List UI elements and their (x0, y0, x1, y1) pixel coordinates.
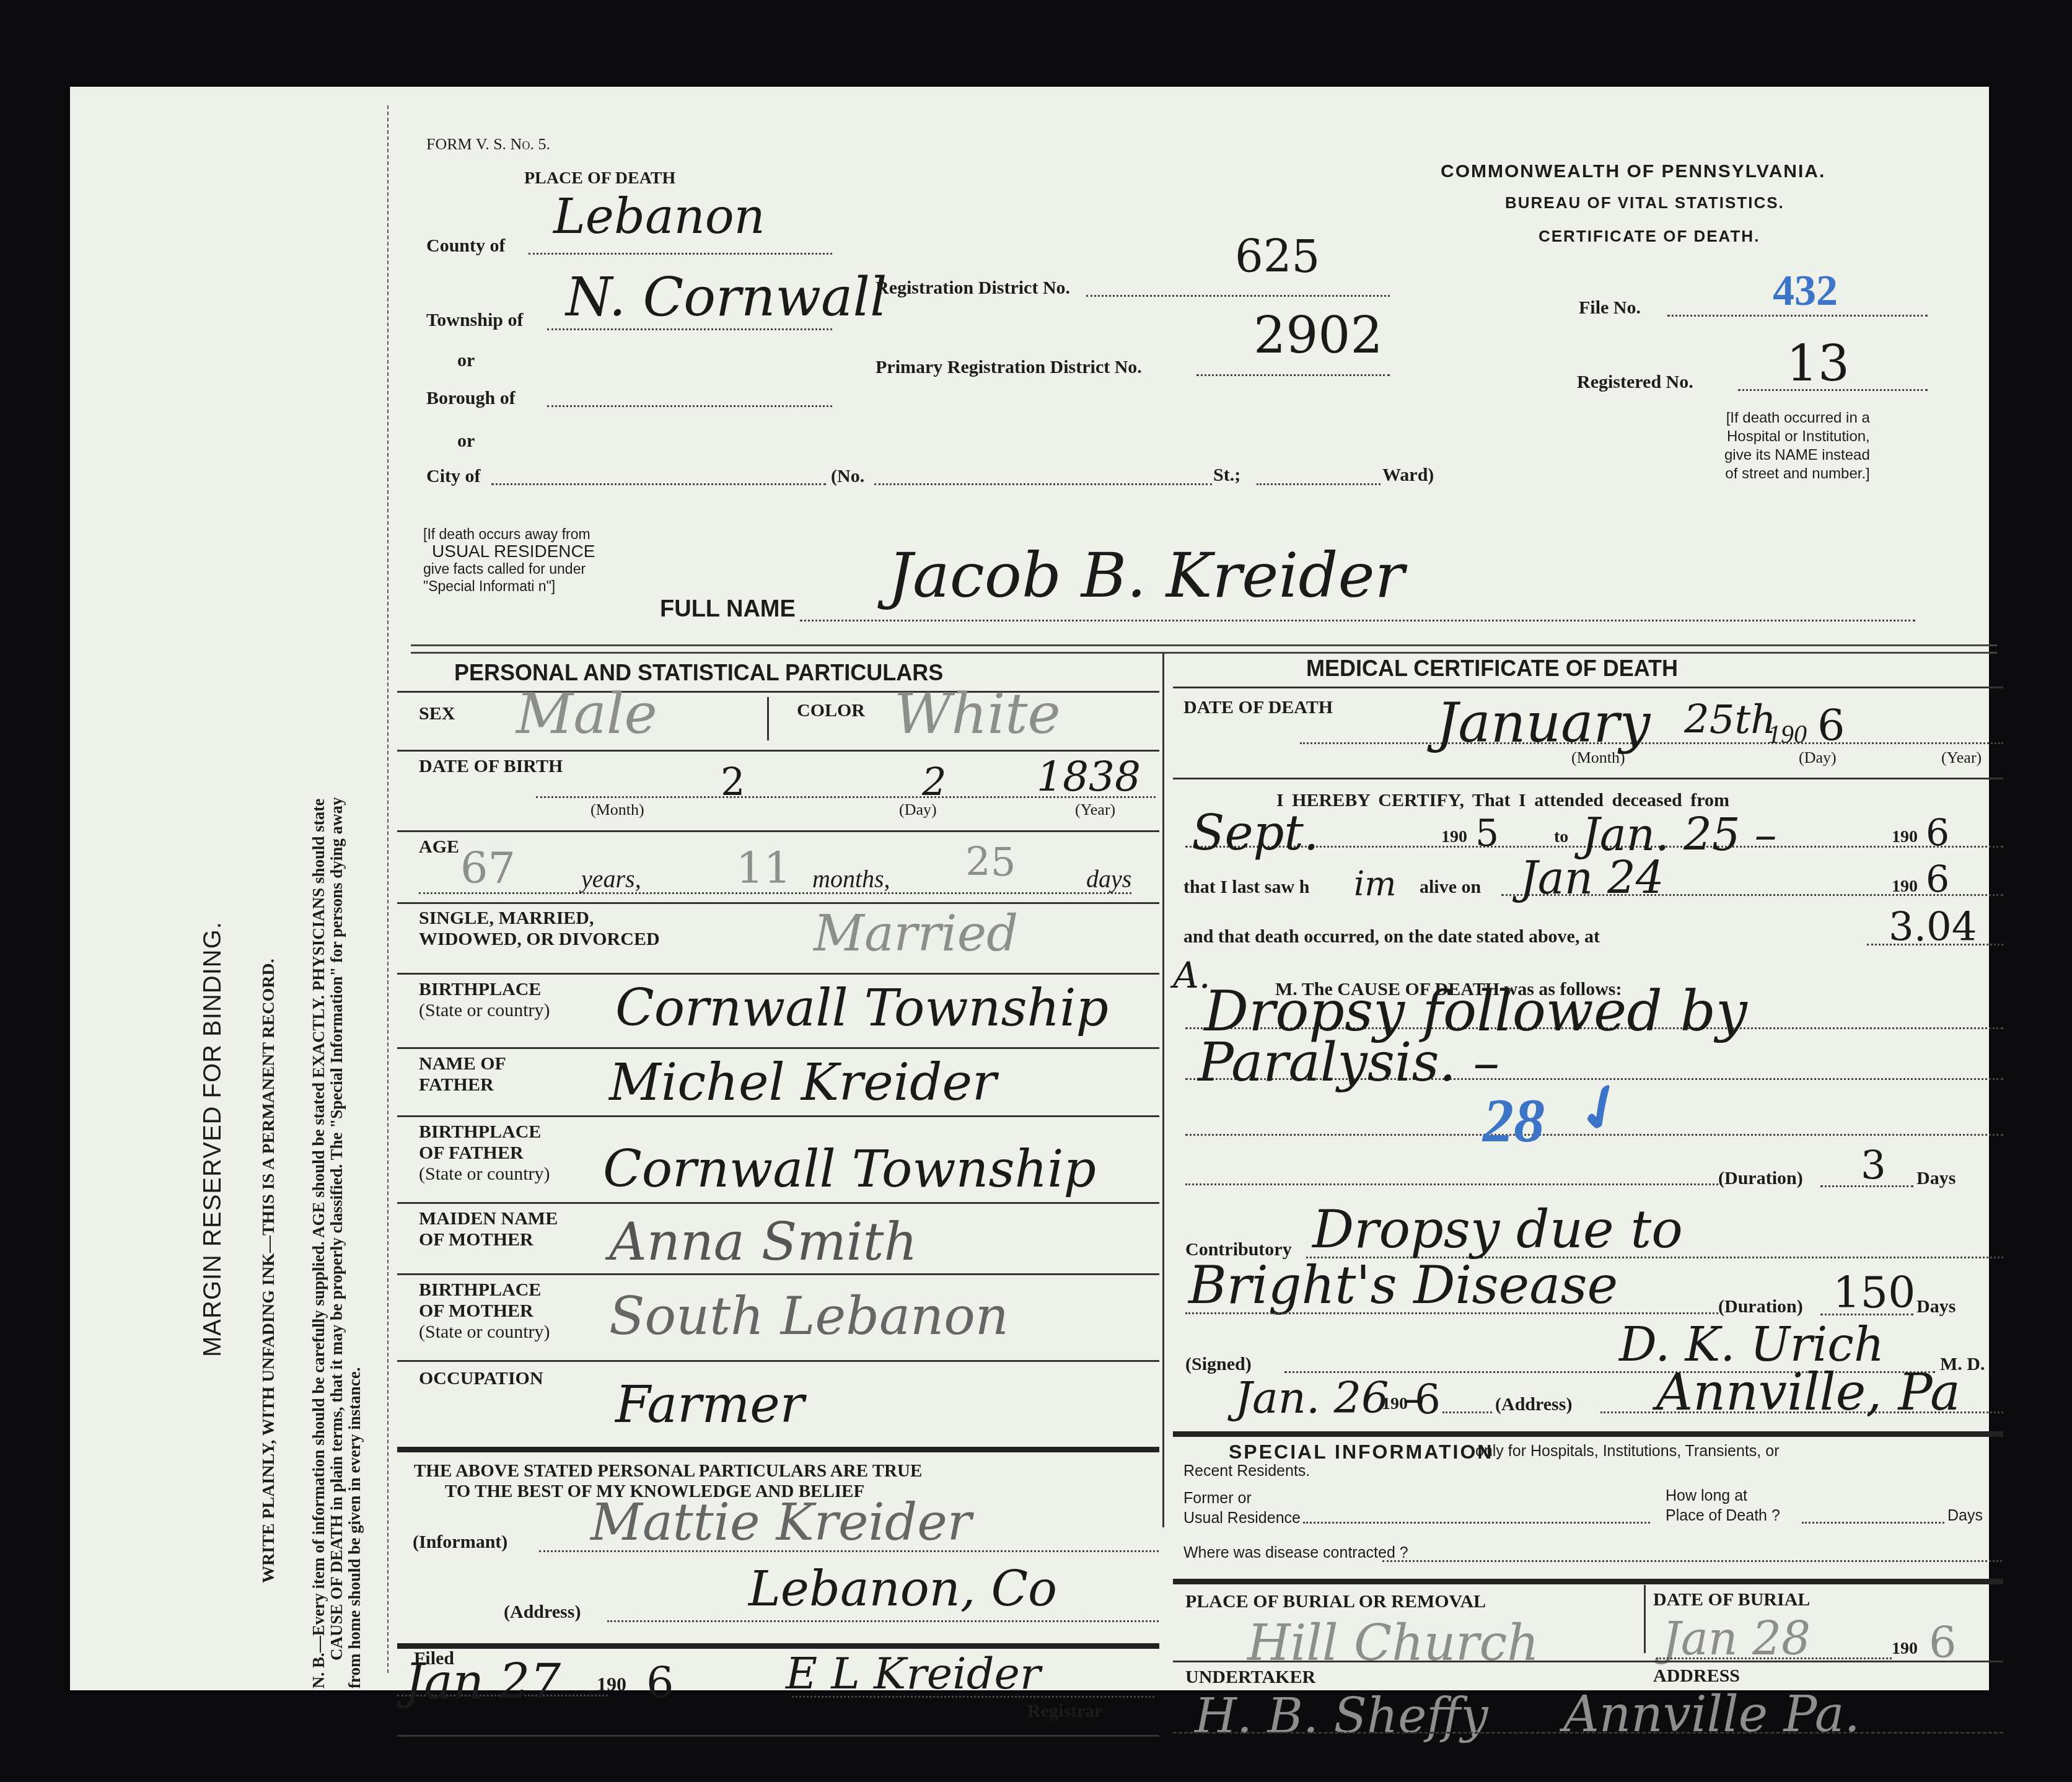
signed-label: (Signed) (1185, 1354, 1252, 1375)
alive-on-label: alive on (1420, 877, 1481, 898)
father-birthplace-label: BIRTHPLACE OF FATHER (State or country) (419, 1121, 550, 1185)
bottom-rule (397, 1735, 1159, 1737)
primary-registration-field[interactable]: 2902 (1253, 307, 1383, 366)
signed-year-field[interactable]: 6 (1415, 1376, 1441, 1423)
father-name-field[interactable]: Michel Kreider (609, 1053, 996, 1112)
duration-line (1185, 1183, 1718, 1185)
contributory-days-label: Days (1916, 1296, 1956, 1317)
father-name-label: NAME OF FATHER (419, 1053, 506, 1095)
color-label: COLOR (797, 700, 865, 721)
bureau-heading: BUREAU OF VITAL STATISTICS. (1505, 193, 1784, 213)
from-year-field[interactable]: 5 (1475, 812, 1499, 855)
physician-address-field[interactable]: Annville, Pa (1656, 1363, 1960, 1422)
duration-label: (Duration) (1718, 1168, 1803, 1189)
township-line (547, 328, 832, 330)
marital-label: SINGLE, MARRIED, WIDOWED, OR DIVORCED (419, 908, 660, 950)
informant-field[interactable]: Mattie Kreider (590, 1493, 972, 1552)
undertaker-address-field[interactable]: Annville Pa. (1563, 1685, 1860, 1743)
city-label: City of (426, 466, 480, 487)
commonwealth-heading: COMMONWEALTH OF PENNSYLVANIA. (1441, 161, 1825, 182)
dod-year-field[interactable]: 6 (1817, 700, 1845, 751)
place-of-death-heading: PLACE OF DEATH (524, 169, 675, 188)
birthplace-field[interactable]: Cornwall Township (615, 979, 1108, 1038)
physician-address-label: (Address) (1495, 1394, 1572, 1415)
dob-year-caption: (Year) (1075, 801, 1115, 819)
contributory-field-line2[interactable]: Bright's Disease (1188, 1255, 1618, 1315)
row-divider (1173, 1661, 2003, 1662)
father-birthplace-field[interactable]: Cornwall Township (603, 1140, 1096, 1199)
sex-label: SEX (419, 703, 455, 724)
burial-column-divider (1644, 1585, 1646, 1653)
column-divider (1162, 654, 1164, 1527)
former-residence-label: Former or Usual Residence (1183, 1488, 1301, 1528)
special-info-subtitle-2: Recent Residents. (1183, 1462, 1310, 1480)
row-divider (397, 1047, 1159, 1049)
burial-place-label: PLACE OF BURIAL OR REMOVAL (1185, 1591, 1486, 1612)
contributory-field-line1[interactable]: Dropsy due to (1312, 1199, 1683, 1260)
county-field[interactable]: Lebanon (553, 189, 765, 245)
form-number: FORM V. S. No. 5. (426, 135, 550, 154)
usual-residence-note: [If death occurs away from USUAL RESIDEN… (423, 525, 595, 595)
row-divider (397, 1273, 1159, 1275)
row-divider (397, 830, 1159, 832)
township-label: Township of (426, 310, 523, 331)
informant-label: (Informant) (413, 1532, 507, 1553)
row-divider (397, 973, 1159, 975)
dob-label: DATE OF BIRTH (419, 756, 563, 777)
mother-birthplace-label: BIRTHPLACE OF MOTHER (State or country) (419, 1279, 550, 1343)
borough-label: Borough of (426, 388, 516, 409)
margin-nb-line2: CAUSE OF DEATH in plain terms, that it m… (327, 797, 346, 1661)
last-saw-label: that I last saw h (1183, 877, 1309, 898)
years-word: years, (581, 864, 641, 893)
burial-date-line (1656, 1657, 1892, 1659)
mother-birthplace-field[interactable]: South Lebanon (609, 1286, 1009, 1346)
attestation-divider (397, 1447, 1159, 1452)
street-field[interactable] (874, 483, 1212, 485)
informant-address-label: (Address) (504, 1602, 581, 1623)
dob-day-caption: (Day) (899, 801, 937, 819)
registration-district-line (1086, 295, 1390, 297)
special-info-title: SPECIAL INFORMATION (1229, 1441, 1493, 1464)
disease-contracted-field[interactable] (1382, 1560, 2002, 1562)
certificate-heading: CERTIFICATE OF DEATH. (1539, 227, 1760, 246)
primary-registration-line (1196, 374, 1390, 376)
duration-days-label: Days (1916, 1168, 1956, 1189)
or-label-2: or (457, 431, 475, 452)
full-name-label: FULL NAME (660, 596, 796, 623)
file-no-stamp[interactable]: 432 (1773, 266, 1838, 316)
last-saw-date-field[interactable]: Jan 24 (1520, 852, 1664, 904)
registrar-label: Registrar (1027, 1701, 1103, 1722)
filed-date-field[interactable]: Jan 27 (405, 1654, 561, 1710)
dod-line (1300, 742, 2003, 744)
filed-year-prefix: 190 (597, 1673, 626, 1696)
row-divider (397, 1360, 1159, 1362)
signed-year-line (1442, 1411, 1492, 1413)
mother-name-label: MAIDEN NAME OF MOTHER (419, 1208, 558, 1250)
undertaker-field[interactable]: H. B. Sheffy (1195, 1688, 1488, 1744)
last-saw-year-prefix: 190 (1892, 877, 1918, 897)
how-long-days-label: Days (1947, 1507, 1983, 1525)
sex-field[interactable]: Male (516, 682, 657, 747)
medical-section-title: MEDICAL CERTIFICATE OF DEATH (1306, 656, 1678, 682)
occupation-label: OCCUPATION (419, 1368, 543, 1389)
row-divider (1173, 778, 2003, 779)
row-divider (397, 902, 1159, 904)
cause-field-line2[interactable]: Paralysis. – (1198, 1032, 1499, 1094)
last-saw-year-field[interactable]: 6 (1926, 858, 1949, 902)
burial-year-prefix: 190 (1892, 1639, 1918, 1659)
burial-date-label: DATE OF BURIAL (1653, 1589, 1810, 1610)
bottom-rule-right (1173, 1732, 2003, 1734)
filed-divider (397, 1643, 1159, 1649)
margin-binding-note: MARGIN RESERVED FOR BINDING. (199, 921, 227, 1357)
township-field[interactable]: N. Cornwall (566, 266, 887, 328)
special-info-subtitle: only for Hospitals, Institutions, Transi… (1475, 1442, 1780, 1460)
informant-address-line (607, 1620, 1159, 1622)
full-name-line (800, 620, 1915, 621)
how-long-field[interactable] (1802, 1522, 1944, 1524)
street-number-label: (No. (831, 466, 864, 487)
row-divider (397, 1202, 1159, 1204)
row-divider (397, 750, 1159, 752)
registration-district-field[interactable]: 625 (1235, 230, 1320, 283)
age-label: AGE (419, 836, 459, 858)
dob-year-field[interactable]: 1838 (1037, 753, 1141, 801)
from-year-prefix: 190 (1441, 827, 1467, 847)
section-divider-top-2 (411, 652, 1997, 654)
former-residence-field[interactable] (1303, 1522, 1650, 1524)
how-long-label: How long at Place of Death ? (1666, 1486, 1780, 1525)
dod-month-field[interactable]: January (1436, 691, 1650, 755)
dob-month-field[interactable]: 2 (721, 759, 745, 804)
dob-month-caption: (Month) (590, 801, 644, 819)
city-field[interactable] (491, 483, 826, 485)
age-days-field[interactable]: 25 (965, 840, 1016, 885)
undertaker-address-label: ADDRESS (1653, 1666, 1740, 1687)
hospital-note: [If death occurred in a Hospital or Inst… (1724, 409, 1870, 483)
borough-field[interactable] (547, 405, 832, 407)
contributory-line-2 (1185, 1312, 1718, 1314)
certify-text: I HEREBY CERTIFY, That I attended deceas… (1276, 790, 1729, 811)
margin-nb-line1: N. B.—Every item of information should b… (309, 799, 328, 1688)
blue-check-mark-icon: ✓ (1563, 1064, 1640, 1152)
dod-label: DATE OF DEATH (1183, 697, 1333, 718)
signed-year-prefix: 190 (1382, 1394, 1408, 1414)
contributory-duration-field[interactable]: 150 (1833, 1267, 1916, 1318)
primary-registration-label: Primary Registration District No. (876, 357, 1142, 378)
ward-label: Ward) (1382, 465, 1434, 486)
attended-from-field[interactable]: Sept. (1192, 805, 1319, 861)
dod-day-field[interactable]: 25th (1684, 697, 1776, 743)
sex-color-divider (767, 697, 769, 740)
file-no-label: File No. (1579, 297, 1641, 318)
full-name-field[interactable]: Jacob B. Kreider (888, 539, 1404, 612)
burial-divider (1173, 1579, 2003, 1584)
death-time-field[interactable]: 3.04 (1889, 905, 1977, 950)
mother-name-field[interactable]: Anna Smith (609, 1211, 918, 1272)
burial-place-field[interactable]: Hill Church (1247, 1614, 1539, 1672)
to-year-prefix: 190 (1892, 827, 1918, 847)
disease-contracted-label: Where was disease contracted ? (1183, 1544, 1408, 1562)
death-time-label: and that death occurred, on the date sta… (1183, 926, 1600, 947)
dod-day-caption: (Day) (1799, 748, 1837, 767)
occupation-field[interactable]: Farmer (615, 1376, 804, 1434)
undertaker-label: UNDERTAKER (1185, 1667, 1315, 1688)
days-word: days (1086, 864, 1131, 893)
row-divider (397, 1115, 1159, 1117)
margin-write-plainly: WRITE PLAINLY, WITH UNFADING INK—THIS IS… (259, 959, 279, 1583)
registration-district-label: Registration District No. (876, 278, 1070, 299)
section-divider-top (411, 644, 1997, 646)
contributory-duration-label: (Duration) (1718, 1296, 1803, 1317)
or-label-1: or (457, 350, 475, 371)
dob-day-field[interactable]: 2 (922, 759, 946, 804)
informant-address-field[interactable]: Lebanon, Co (748, 1561, 1057, 1617)
age-years-field[interactable]: 67 (460, 843, 516, 893)
color-field[interactable]: White (894, 682, 1061, 747)
blue-classification-code: 28 (1483, 1084, 1545, 1156)
margin-nb-line3: from home should be given in every insta… (345, 1367, 364, 1689)
dod-year-caption: (Year) (1941, 748, 1982, 767)
filed-year-field[interactable]: 6 (646, 1657, 674, 1708)
last-saw-pronoun-field[interactable]: im (1354, 864, 1396, 903)
county-label: County of (426, 235, 506, 257)
marital-status-field[interactable]: Married (814, 905, 1018, 962)
duration-field[interactable]: 3 (1861, 1143, 1886, 1189)
dod-month-caption: (Month) (1571, 748, 1625, 767)
registered-no-label: Registered No. (1577, 372, 1693, 393)
death-certificate: MARGIN RESERVED FOR BINDING. WRITE PLAIN… (70, 87, 1989, 1690)
registrar-line (792, 1696, 1154, 1698)
county-line (529, 253, 832, 255)
to-year-field[interactable]: 6 (1926, 812, 1949, 855)
registrar-signature[interactable]: E L Kreider (786, 1648, 1040, 1699)
age-months-field[interactable]: 11 (736, 843, 791, 893)
to-word: to (1554, 827, 1568, 847)
row-divider (1173, 687, 2003, 688)
dod-year-prefix: 190 (1768, 720, 1807, 750)
months-word: months, (812, 864, 890, 893)
ward-field[interactable] (1257, 483, 1381, 485)
street-label: St.; (1213, 465, 1240, 486)
special-info-divider (1173, 1431, 2003, 1437)
birthplace-label: BIRTHPLACE (State or country) (419, 979, 550, 1021)
registered-no-field[interactable]: 13 (1786, 335, 1850, 392)
binding-margin-divider (387, 105, 388, 1673)
